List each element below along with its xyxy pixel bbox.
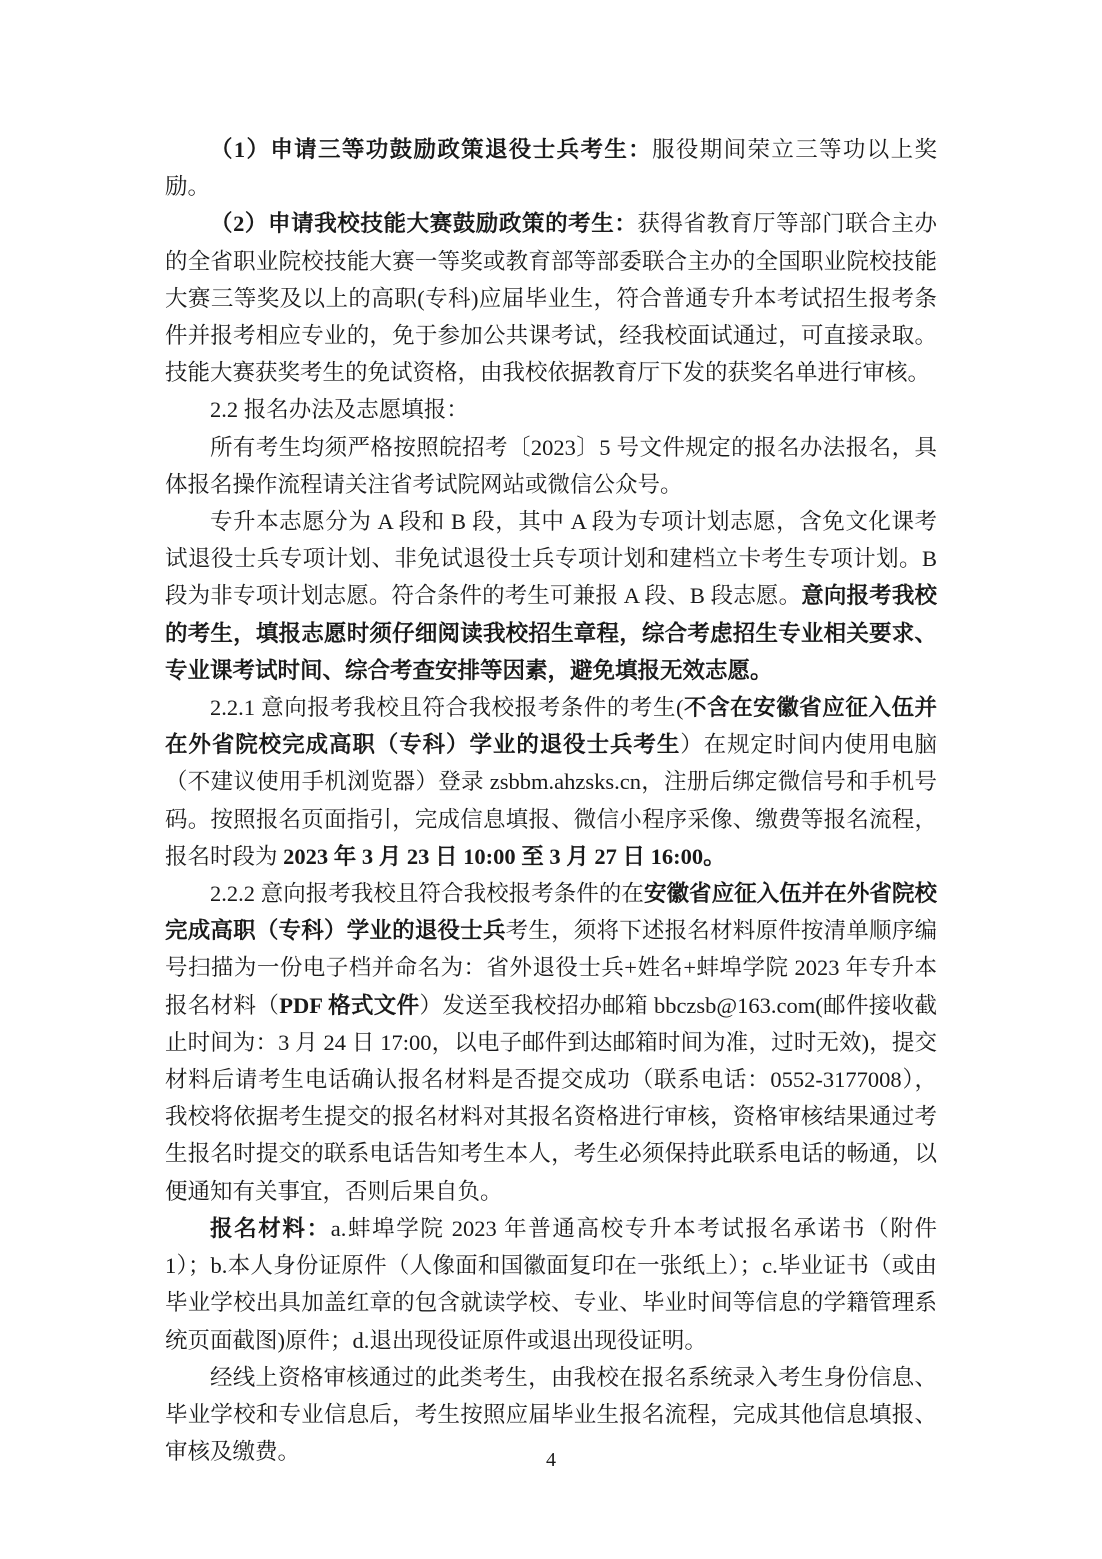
text-run: 2.2.2 意向报考我校且符合我校报考条件的在 [210, 881, 644, 906]
bold-text-run: （2）申请我校技能大赛鼓励政策的考生： [210, 211, 637, 236]
paragraph: 2.2.2 意向报考我校且符合我校报考条件的在安徽省应征入伍并在外省院校完成高职… [165, 875, 937, 1210]
paragraph: 所有考生均须严格按照皖招考〔2023〕5 号文件规定的报名办法报名，具体报名操作… [165, 429, 937, 503]
paragraph: （1）申请三等功鼓励政策退役士兵考生：服役期间荣立三等功以上奖励。 [165, 131, 937, 205]
text-run: 2.2 报名办法及志愿填报： [210, 397, 469, 422]
bold-text-run: 2023 年 3 月 23 日 10:00 至 3 月 27 日 16:00。 [283, 844, 726, 869]
paragraph: 报名材料：a.蚌埠学院 2023 年普通高校专升本考试报名承诺书（附件 1）；b… [165, 1210, 937, 1359]
paragraph: 2.2.1 意向报考我校且符合我校报考条件的考生(不含在安徽省应征入伍并在外省院… [165, 689, 937, 875]
document-page: （1）申请三等功鼓励政策退役士兵考生：服役期间荣立三等功以上奖励。（2）申请我校… [0, 0, 1102, 1559]
paragraph: 2.2 报名办法及志愿填报： [165, 391, 937, 428]
bold-text-run: PDF 格式文件 [279, 993, 419, 1018]
paragraph: （2）申请我校技能大赛鼓励政策的考生：获得省教育厅等部门联合主办的全省职业院校技… [165, 205, 937, 391]
bold-text-run: 报名材料： [210, 1216, 331, 1241]
text-run: 获得省教育厅等部门联合主办的全省职业院校技能大赛一等奖或教育部等部委联合主办的全… [165, 211, 937, 385]
paragraph: 专升本志愿分为 A 段和 B 段，其中 A 段为专项计划志愿，含免文化课考试退役… [165, 503, 937, 689]
text-run: ）发送至我校招办邮箱 bbczsb@163.com(邮件接收截止时间为：3 月 … [165, 993, 937, 1204]
page-number: 4 [0, 1446, 1102, 1474]
document-body: （1）申请三等功鼓励政策退役士兵考生：服役期间荣立三等功以上奖励。（2）申请我校… [165, 131, 937, 1470]
bold-text-run: （1）申请三等功鼓励政策退役士兵考生： [210, 137, 652, 162]
text-run: 2.2.1 意向报考我校且符合我校报考条件的考生( [210, 695, 683, 720]
text-run: 所有考生均须严格按照皖招考〔2023〕5 号文件规定的报名办法报名，具体报名操作… [165, 435, 937, 497]
